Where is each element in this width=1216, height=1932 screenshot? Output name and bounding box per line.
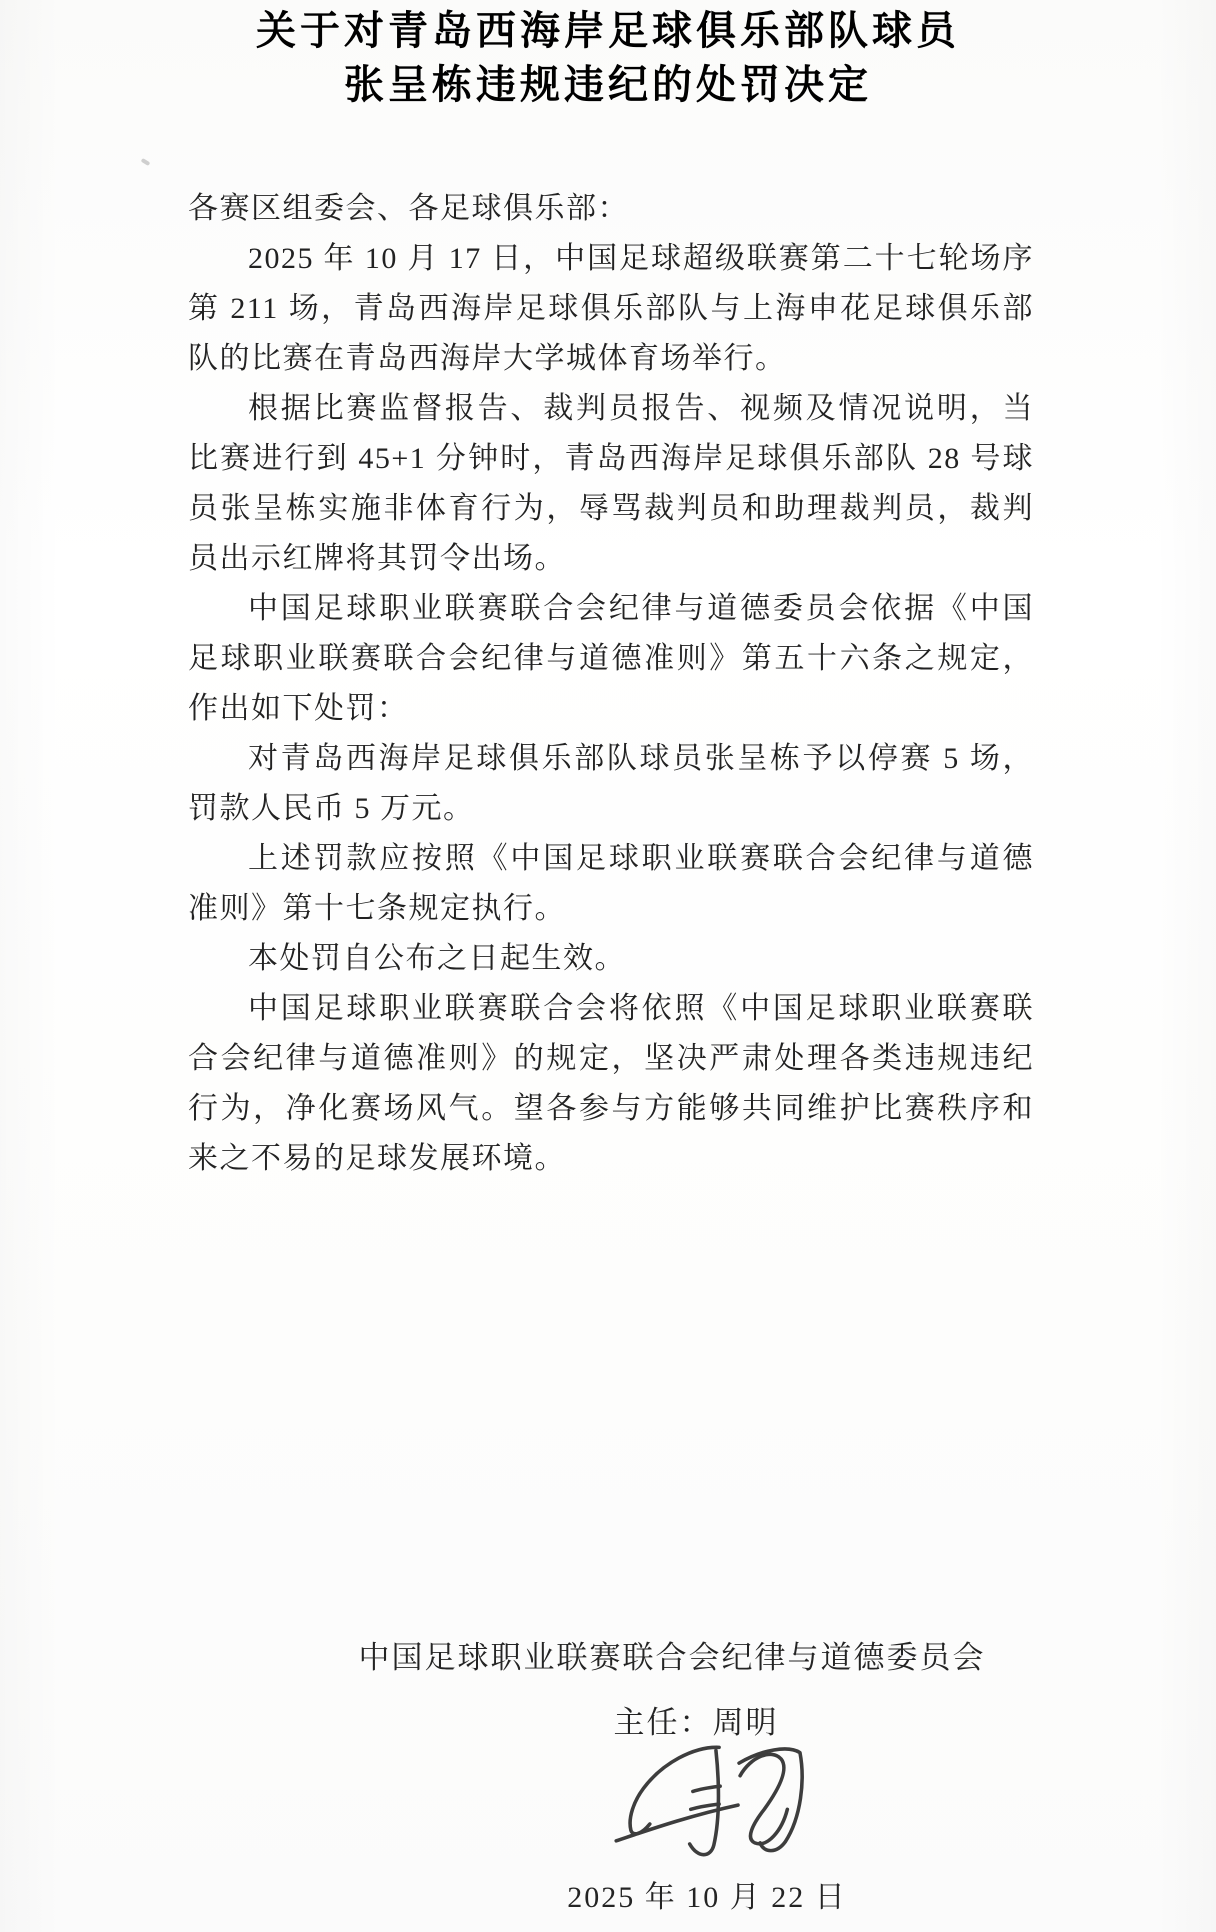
handwritten-signature [612,1738,822,1868]
signature-director-line: 主任：周明 [614,1697,779,1742]
paragraph: 对青岛西海岸足球俱乐部队球员张呈栋予以停赛 5 场，罚款人民币 5 万元。 [188,734,1034,834]
signature-committee-name: 中国足球职业联赛联合会纪律与道德委员会 [359,1632,986,1677]
document-body: 各赛区组委会、各足球俱乐部： 2025 年 10 月 17 日，中国足球超级联赛… [188,184,1034,1184]
scan-artifact [141,158,151,166]
document-page: 关于对青岛西海岸足球俱乐部队球员 张呈栋违规违纪的处罚决定 各赛区组委会、各足球… [0,0,1216,1932]
paragraph: 2025 年 10 月 17 日，中国足球超级联赛第二十七轮场序第 211 场，… [188,234,1034,384]
document-title-line2: 张呈栋违规违纪的处罚决定 [0,58,1216,112]
signature-date: 2025 年 10 月 22 日 [567,1872,847,1916]
paragraph: 上述罚款应按照《中国足球职业联赛联合会纪律与道德准则》第十七条规定执行。 [188,834,1034,934]
document-title-line1: 关于对青岛西海岸足球俱乐部队球员 [0,4,1216,58]
paragraph: 中国足球职业联赛联合会将依照《中国足球职业联赛联合会纪律与道德准则》的规定，坚决… [188,984,1034,1184]
paragraph: 中国足球职业联赛联合会纪律与道德委员会依据《中国足球职业联赛联合会纪律与道德准则… [188,584,1034,734]
salutation: 各赛区组委会、各足球俱乐部： [188,184,1034,234]
paragraph: 根据比赛监督报告、裁判员报告、视频及情况说明，当比赛进行到 45+1 分钟时，青… [188,384,1034,584]
document-title: 关于对青岛西海岸足球俱乐部队球员 张呈栋违规违纪的处罚决定 [0,4,1216,112]
paragraph: 本处罚自公布之日起生效。 [188,934,1034,984]
